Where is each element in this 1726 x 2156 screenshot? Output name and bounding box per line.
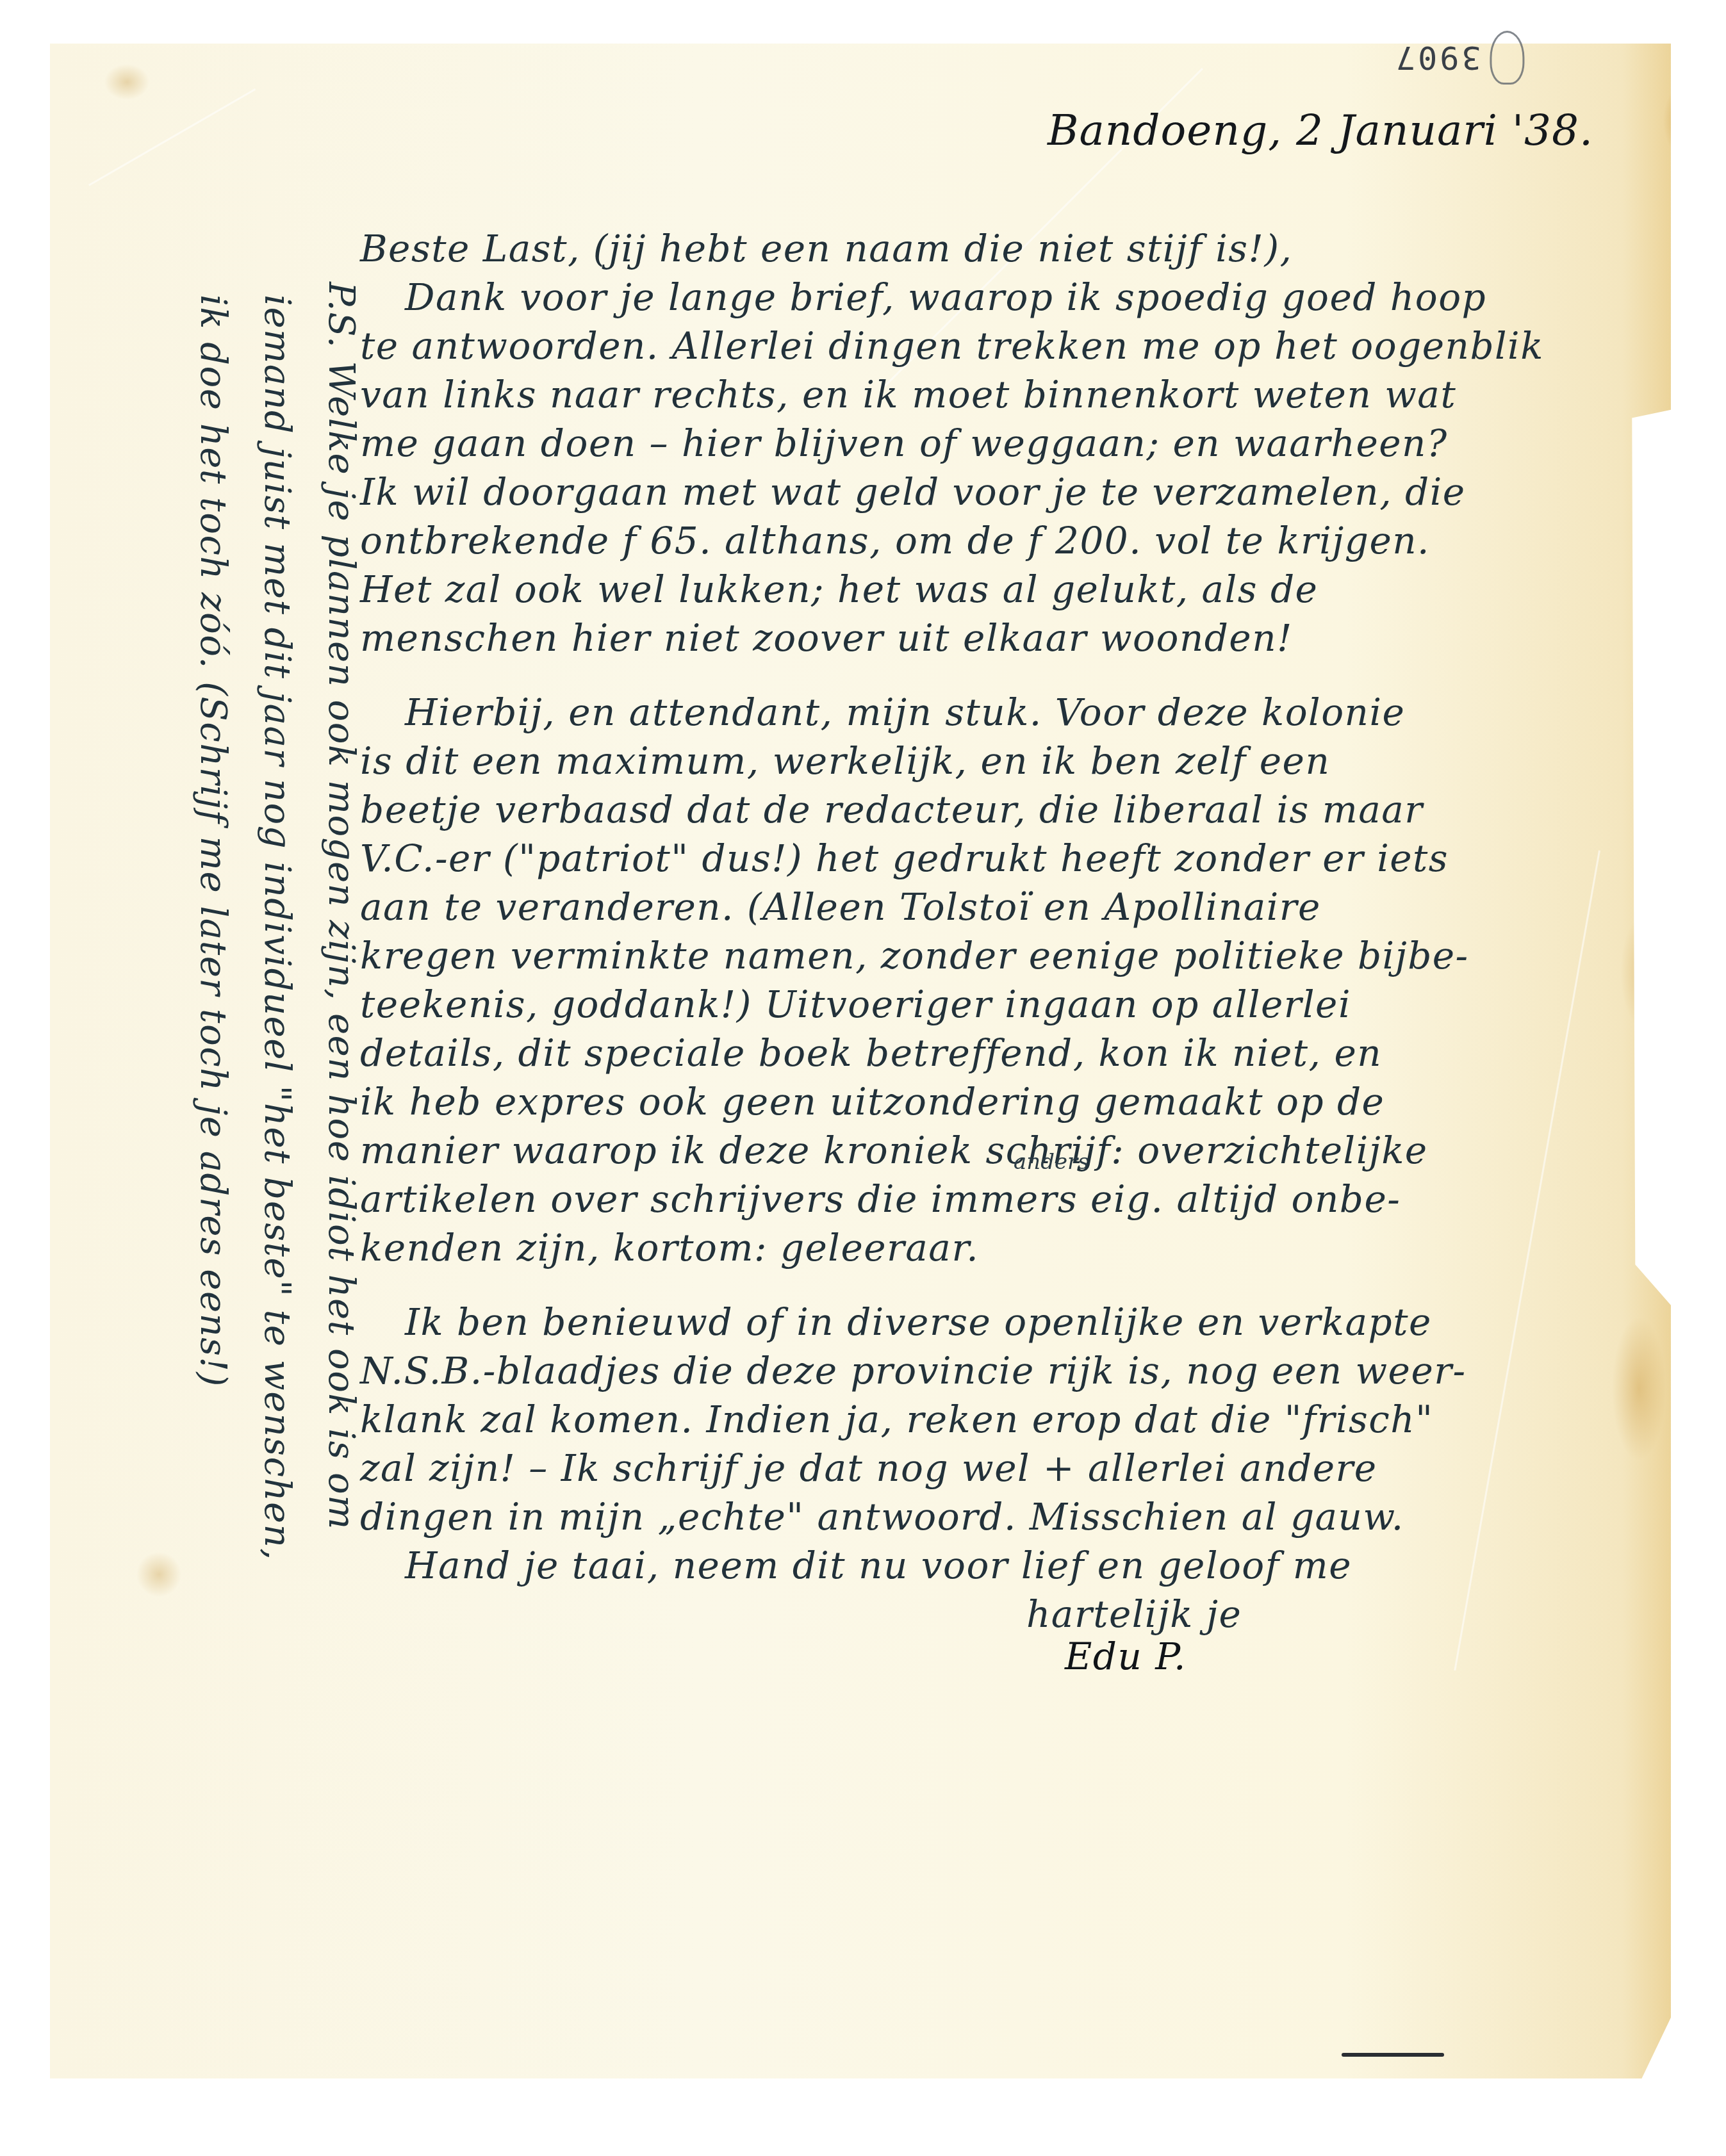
signature-underline — [1342, 2053, 1444, 2057]
text-line: Hierbij, en attendant, mijn stuk. Voor d… — [360, 688, 1680, 737]
signature: Edu P. — [360, 1632, 1680, 1681]
letter-body: Beste Last, (jij hebt een naam die niet … — [360, 224, 1680, 1681]
text-line: me gaan doen – hier blijven of weggaan; … — [360, 419, 1680, 468]
text-line: te antwoorden. Allerlei dingen trekken m… — [360, 322, 1680, 370]
postscript-line: ik doe het toch zóó. (Schrijf me later t… — [192, 295, 234, 1387]
text-line: kenden zijn, kortom: geleeraar. — [360, 1223, 1680, 1272]
text-line: van links naar rechts, en ik moet binnen… — [360, 370, 1680, 419]
text-line: Ik ben benieuwd of in diverse openlijke … — [360, 1298, 1680, 1346]
text-line: beetje verbaasd dat de redacteur, die li… — [360, 785, 1680, 834]
paragraph-3: Ik ben benieuwd of in diverse openlijke … — [360, 1298, 1680, 1541]
text-line: N.S.B.-blaadjes die deze provincie rijk … — [360, 1346, 1680, 1395]
closing-line: Hand je taai, neem dit nu voor lief en g… — [360, 1541, 1680, 1590]
text-line: V.C.-er ("patriot" dus!) het gedrukt hee… — [360, 834, 1680, 883]
closing-line: hartelijk je — [360, 1590, 1680, 1638]
text-line: zal zijn! – Ik schrijf je dat nog wel + … — [360, 1444, 1680, 1492]
paper-crease — [88, 88, 256, 186]
archive-number: 3907 — [1393, 39, 1481, 76]
text-line: ik heb expres ook geen uitzondering gema… — [360, 1077, 1680, 1126]
text-line: ontbrekende f 65. althans, om de f 200. … — [360, 516, 1680, 565]
text-line: is dit een maximum, werkelijk, en ik ben… — [360, 737, 1680, 785]
text-line: teekenis, goddank!) Uitvoeriger ingaan o… — [360, 980, 1680, 1029]
text-line: klank zal komen. Indien ja, reken erop d… — [360, 1395, 1680, 1444]
salutation: Beste Last, (jij hebt een naam die niet … — [360, 224, 1680, 273]
inserted-word: anders — [1014, 1149, 1089, 1175]
paragraph-1: Dank voor je lange brief, waarop ik spoe… — [360, 273, 1680, 662]
closing: Hand je taai, neem dit nu voor lief en g… — [360, 1541, 1680, 1681]
postscript: P.S. Welke je plannen ook mogen zijn, ee… — [112, 282, 368, 2024]
text-line: kregen verminkte namen, zonder eenige po… — [360, 931, 1680, 980]
archive-emblem-icon — [1490, 31, 1524, 85]
archive-stamp: 3907 — [1393, 31, 1524, 85]
postscript-line: iemand juist met dit jaar nog individuee… — [256, 295, 298, 1561]
text-line: artikelen over schrijvers die immers eig… — [360, 1175, 1680, 1223]
text-line: Het zal ook wel lukken; het was al geluk… — [360, 565, 1680, 614]
postscript-line: P.S. Welke je plannen ook mogen zijn, ee… — [320, 282, 362, 1530]
text-line: aan te veranderen. (Alleen Tolstoï en Ap… — [360, 883, 1680, 931]
text-line: dingen in mijn „echte" antwoord. Misschi… — [360, 1492, 1680, 1541]
text-line: Ik wil doorgaan met wat geld voor je te … — [360, 468, 1680, 516]
text-line: details, dit speciale boek betreffend, k… — [360, 1029, 1680, 1077]
paragraph-2: Hierbij, en attendant, mijn stuk. Voor d… — [360, 688, 1680, 1272]
text-line: Dank voor je lange brief, waarop ik spoe… — [360, 273, 1680, 322]
dateline: Bandoeng, 2 Januari '38. — [1048, 106, 1593, 155]
text-line: menschen hier niet zoover uit elkaar woo… — [360, 614, 1680, 662]
